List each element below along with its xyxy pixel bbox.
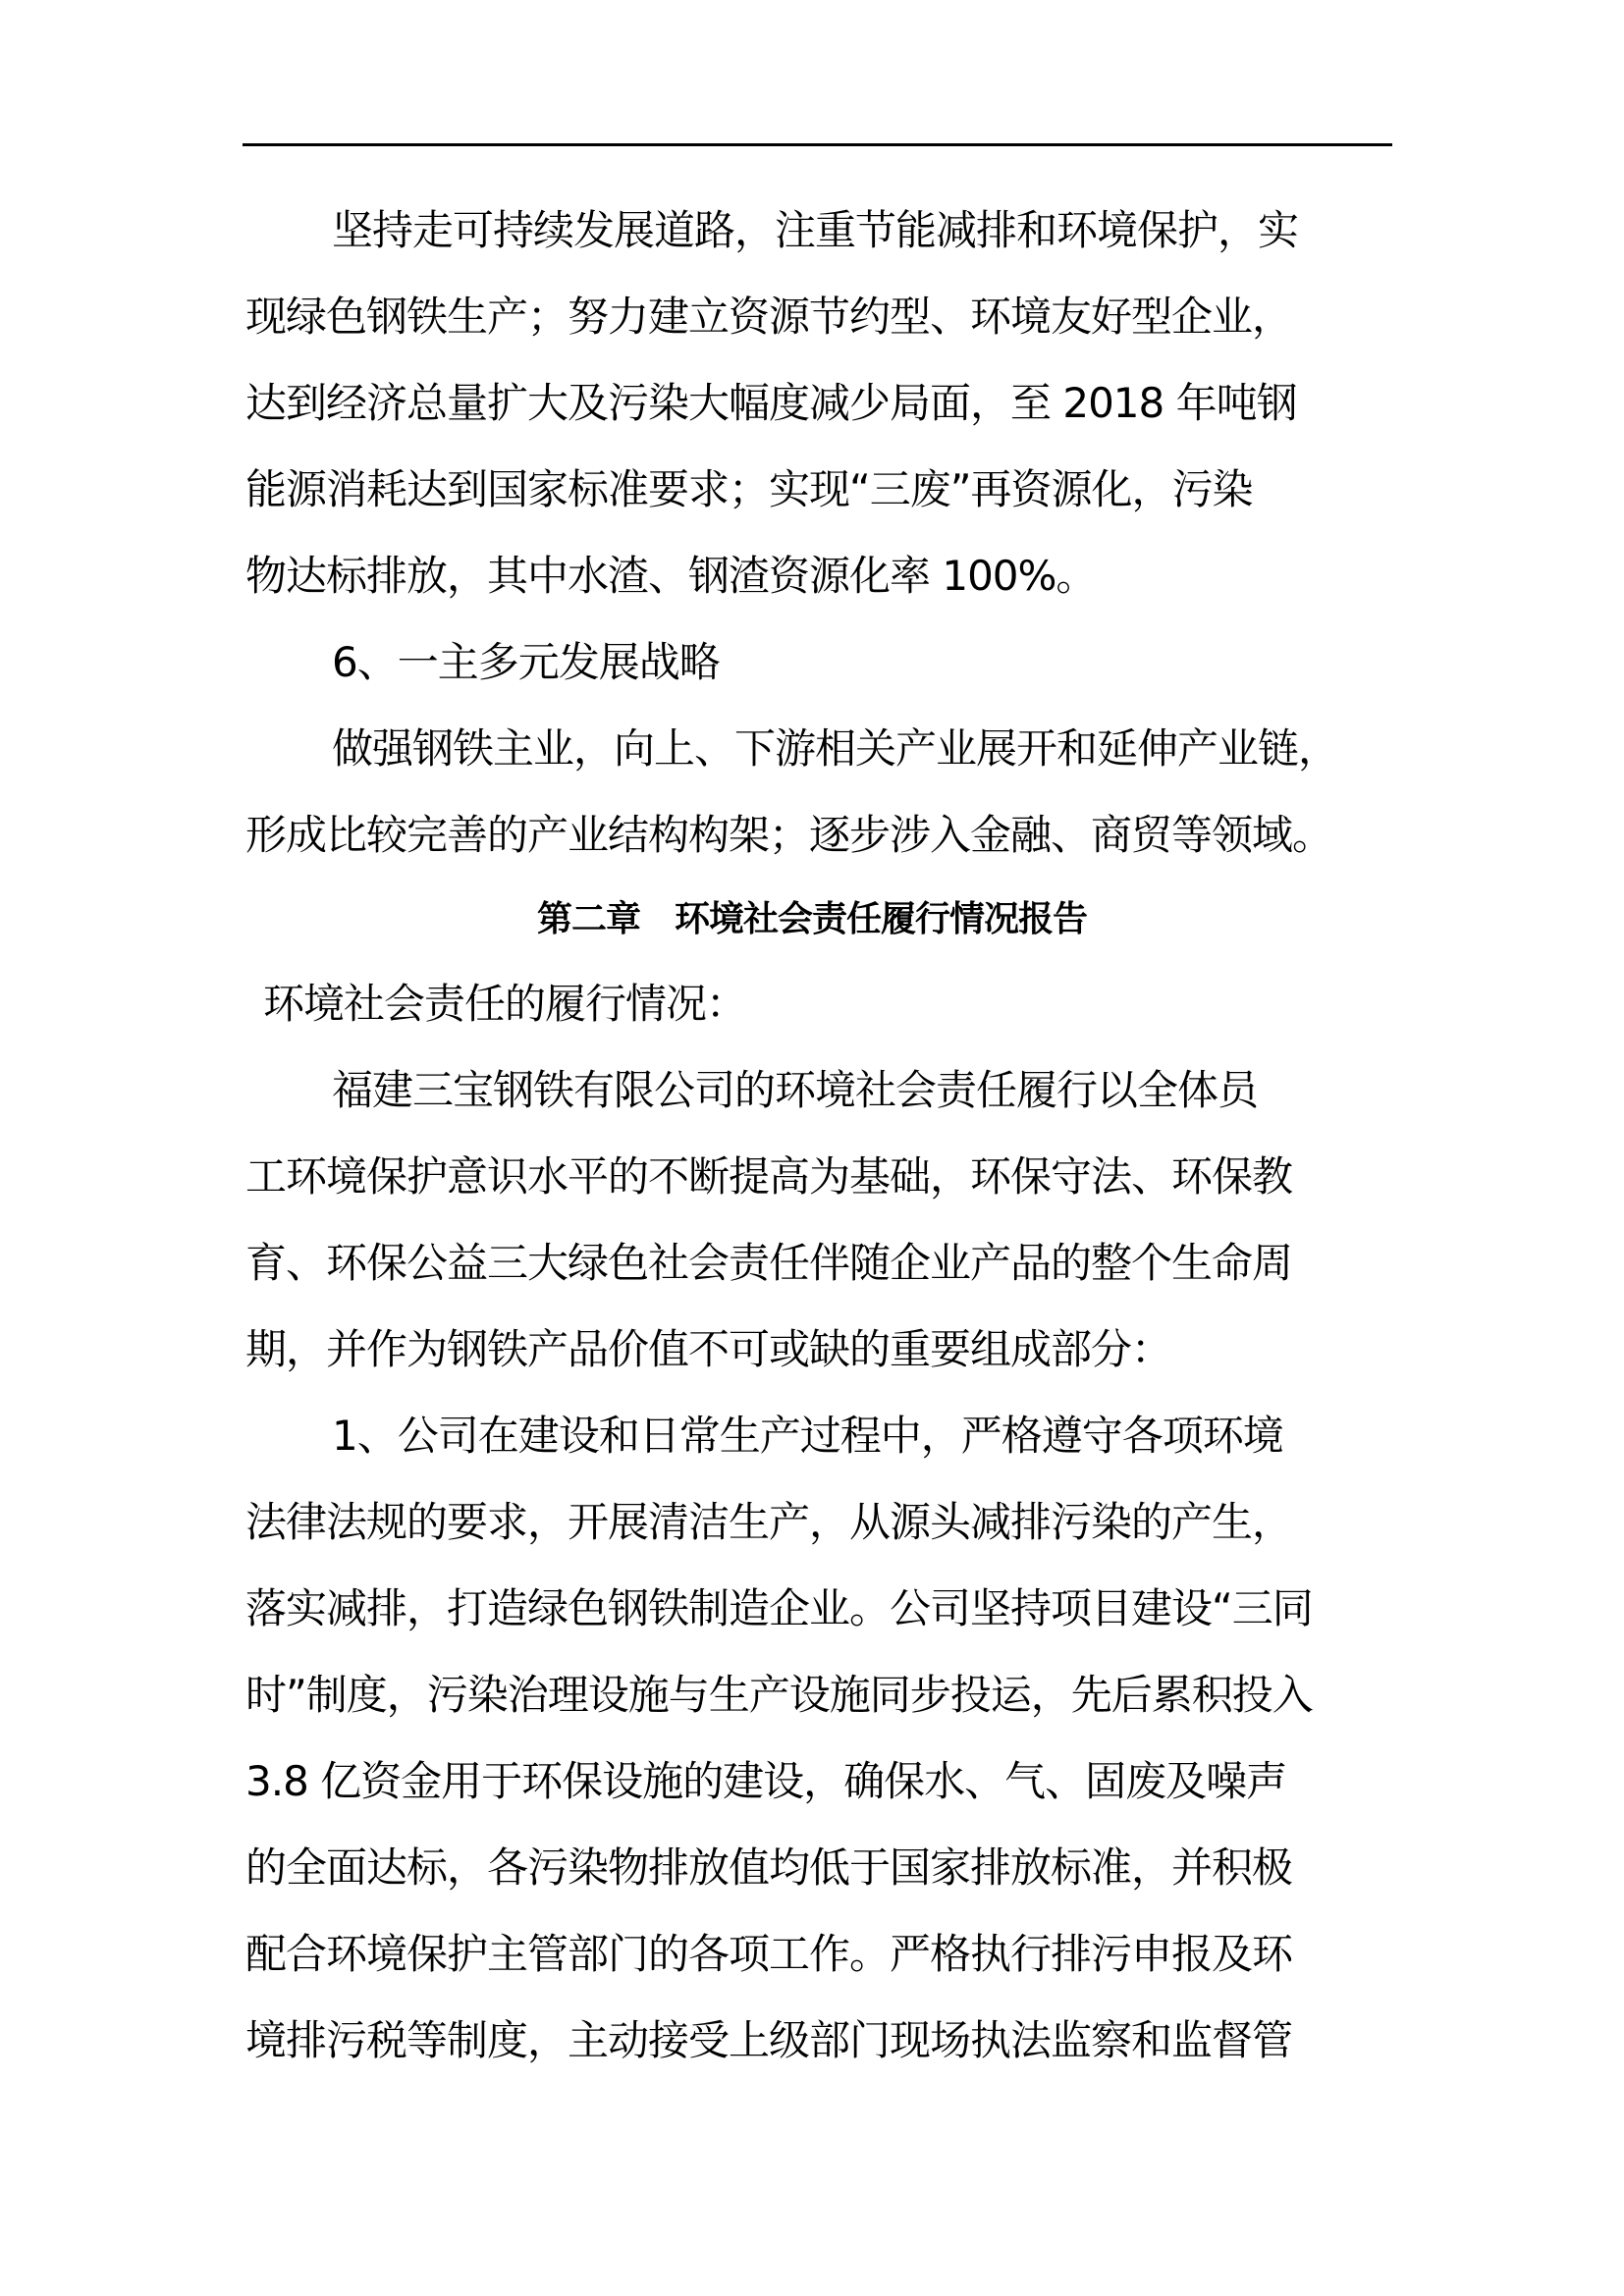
text-line: 育、环保公益三大绿色社会责任伴随企业产品的整个生命周: [245, 1234, 1392, 1293]
text-line: 落实减排，打造绿色钢铁制造企业。公司坚持项目建设“三同: [245, 1579, 1392, 1638]
text-line: 工环境保护意识水平的不断提高为基础，环保守法、环保教: [245, 1148, 1392, 1206]
text-line: 1、公司在建设和日常生产过程中，严格遵守各项环境: [332, 1407, 1392, 1466]
chapter-heading: 第二章 环境社会责任履行情况报告: [0, 890, 1624, 949]
text-line: 物达标排放，其中水渣、钢渣资源化率 100%。: [245, 547, 1392, 606]
text-line: 配合环境保护主管部门的各项工作。严格执行排污申报及环: [245, 1925, 1392, 1984]
text-line: 境排污税等制度，主动接受上级部门现场执法监察和监督管: [245, 2011, 1392, 2070]
text-line: 形成比较完善的产业结构构架；逐步涉入金融、商贸等领域。: [245, 806, 1392, 865]
text-line: 能源消耗达到国家标准要求；实现“三废”再资源化，污染: [245, 460, 1392, 519]
text-line: 的全面达标，各污染物排放值均低于国家排放标准，并积极: [245, 1839, 1392, 1897]
text-line: 现绿色钢铁生产；努力建立资源节约型、环境友好型企业，: [245, 288, 1392, 347]
text-line: 做强钢铁主业，向上、下游相关产业展开和延伸产业链，: [332, 720, 1392, 778]
item-6-title: 6、一主多元发展战略: [332, 633, 1392, 692]
text-line: 坚持走可持续发展道路，注重节能减排和环境保护，实: [332, 201, 1392, 260]
text-line: 福建三宝钢铁有限公司的环境社会责任履行以全体员: [332, 1061, 1392, 1120]
text-line: 法律法规的要求，开展清洁生产，从源头减排污染的产生，: [245, 1493, 1392, 1552]
header-rule: [243, 143, 1392, 146]
text-line: 时”制度，污染治理设施与生产设施同步投运，先后累积投入: [245, 1666, 1392, 1725]
text-line: 达到经济总量扩大及污染大幅度减少局面，至 2018 年吨钢: [245, 374, 1392, 433]
text-line: 期，并作为钢铁产品价值不可或缺的重要组成部分：: [245, 1320, 1392, 1379]
section-label: 环境社会责任的履行情况：: [263, 975, 1410, 1034]
text-line: 3.8 亿资金用于环保设施的建设，确保水、气、固废及噪声: [245, 1752, 1392, 1811]
